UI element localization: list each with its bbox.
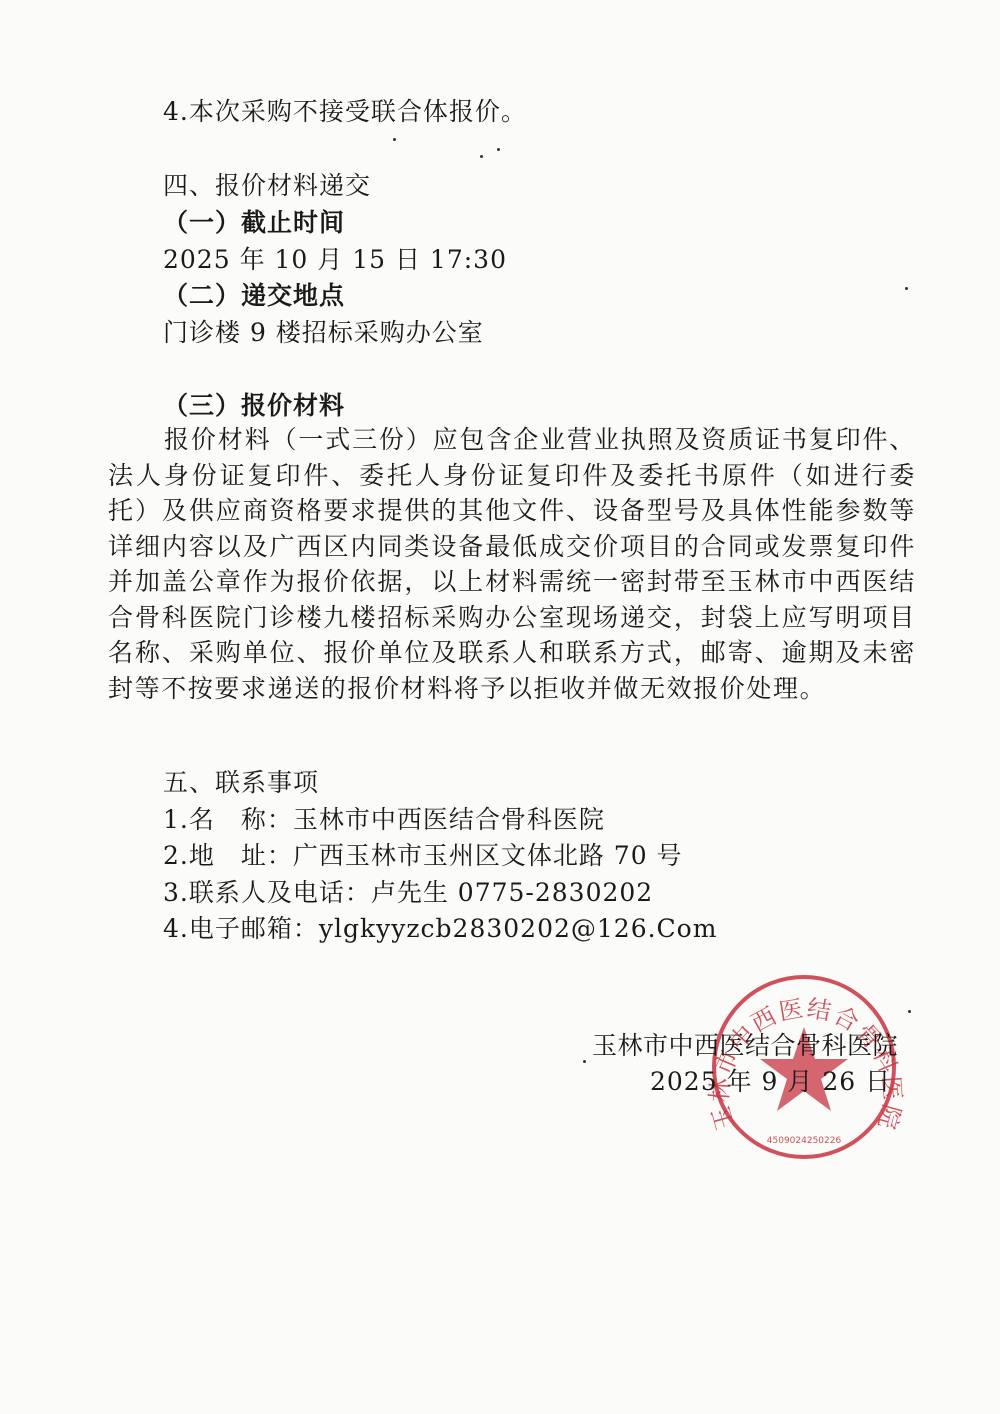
contact-email: 4.电子邮箱：ylgkyyzcb2830202@126.Com <box>163 909 717 945</box>
scan-speck <box>480 155 483 158</box>
item-4-consortium: 4.本次采购不接受联合体报价。 <box>163 92 527 128</box>
contact-name: 1.名 称：玉林市中西医结合骨科医院 <box>163 800 605 836</box>
seal-code: 4509024250226 <box>767 1136 842 1146</box>
deadline-value: 2025 年 10 月 15 日 17:30 <box>163 240 507 276</box>
scan-speck <box>908 1010 911 1013</box>
materials-body: 报价材料（一式三份）应包含企业营业执照及资质证书复印件、法人身份证复印件、委托人… <box>108 422 916 706</box>
place-heading: （二）递交地点 <box>163 276 345 312</box>
contact-phone: 3.联系人及电话：卢先生 0775-2830202 <box>163 873 653 909</box>
section-4-heading: 四、报价材料递交 <box>163 166 371 202</box>
scan-speck <box>393 138 396 141</box>
section-5-heading: 五、联系事项 <box>163 763 319 799</box>
signature-org: 玉林市中西医结合骨科医院 <box>592 1026 898 1062</box>
signature-date: 2025 年 9 月 26 日 <box>650 1062 891 1098</box>
place-value: 门诊楼 9 楼招标采购办公室 <box>163 313 484 349</box>
materials-heading: （三）报价材料 <box>163 386 345 422</box>
scan-speck <box>905 287 908 290</box>
scan-speck <box>497 148 500 151</box>
deadline-heading: （一）截止时间 <box>163 203 345 239</box>
scan-speck <box>583 1060 586 1063</box>
contact-address: 2.地 址：广西玉林市玉州区文体北路 70 号 <box>163 836 683 872</box>
